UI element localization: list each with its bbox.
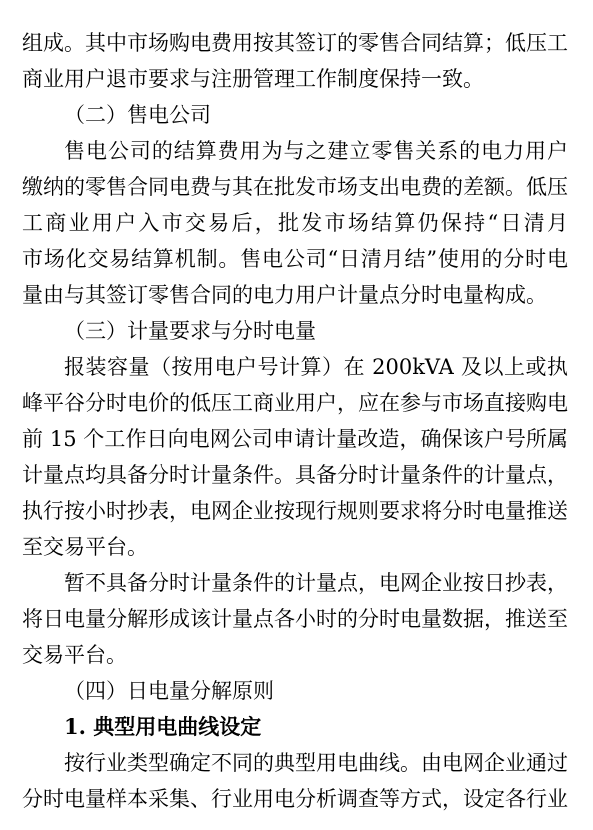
text-line: 前 15 个工作日向电网公司申请计量改造，确保该户号所属 — [22, 421, 568, 457]
text-line: 报装容量（按用电户号计算）在 200kVA 及以上或执行 — [22, 349, 568, 385]
paragraph: （三）计量要求与分时电量 — [22, 313, 568, 349]
text-line: 工商业用户入市交易后，批发市场结算仍保持“日清月结”的 — [22, 205, 568, 241]
text-line: 至交易平台。 — [22, 529, 568, 565]
document-page: 组成。其中市场购电费用按其签订的零售合同结算；低压工 商业用户退市要求与注册管理… — [0, 0, 593, 830]
text-line: 交易平台。 — [22, 637, 568, 673]
text-line: 暂不具备分时计量条件的计量点，电网企业按日抄表， — [22, 565, 568, 601]
paragraph: 暂不具备分时计量条件的计量点，电网企业按日抄表， 将日电量分解形成该计量点各小时… — [22, 565, 568, 673]
section-heading: （四）日电量分解原则 — [22, 673, 568, 709]
paragraph: （二）售电公司 — [22, 97, 568, 133]
paragraph: 1. 典型用电曲线设定 — [22, 709, 568, 745]
paragraph: 组成。其中市场购电费用按其签订的零售合同结算；低压工 商业用户退市要求与注册管理… — [22, 25, 568, 97]
text-line: 组成。其中市场购电费用按其签订的零售合同结算；低压工 — [22, 25, 568, 61]
numbered-heading: 1. 典型用电曲线设定 — [22, 709, 568, 745]
paragraph: 报装容量（按用电户号计算）在 200kVA 及以上或执行 峰平谷分时电价的低压工… — [22, 349, 568, 565]
section-heading: （三）计量要求与分时电量 — [22, 313, 568, 349]
text-line: 量由与其签订零售合同的电力用户计量点分时电量构成。 — [22, 277, 568, 313]
section-heading: （二）售电公司 — [22, 97, 568, 133]
text-line: 缴纳的零售合同电费与其在批发市场支出电费的差额。低压 — [22, 169, 568, 205]
text-line: 分时电量样本采集、行业用电分析调查等方式，设定各行业 — [22, 781, 568, 817]
text-line: 市场化交易结算机制。售电公司“日清月结”使用的分时电 — [22, 241, 568, 277]
paragraph: 按行业类型确定不同的典型用电曲线。由电网企业通过 分时电量样本采集、行业用电分析… — [22, 745, 568, 817]
text-line: 计量点均具备分时计量条件。具备分时计量条件的计量点， — [22, 457, 568, 493]
text-line: 峰平谷分时电价的低压工商业用户，应在参与市场直接购电 — [22, 385, 568, 421]
paragraph: 售电公司的结算费用为与之建立零售关系的电力用户 缴纳的零售合同电费与其在批发市场… — [22, 133, 568, 313]
text-line: 将日电量分解形成该计量点各小时的分时电量数据，推送至 — [22, 601, 568, 637]
text-line: 执行按小时抄表，电网企业按现行规则要求将分时电量推送 — [22, 493, 568, 529]
text-line: 按行业类型确定不同的典型用电曲线。由电网企业通过 — [22, 745, 568, 781]
text-line: 商业用户退市要求与注册管理工作制度保持一致。 — [22, 61, 568, 97]
paragraph: （四）日电量分解原则 — [22, 673, 568, 709]
text-line: 售电公司的结算费用为与之建立零售关系的电力用户 — [22, 133, 568, 169]
